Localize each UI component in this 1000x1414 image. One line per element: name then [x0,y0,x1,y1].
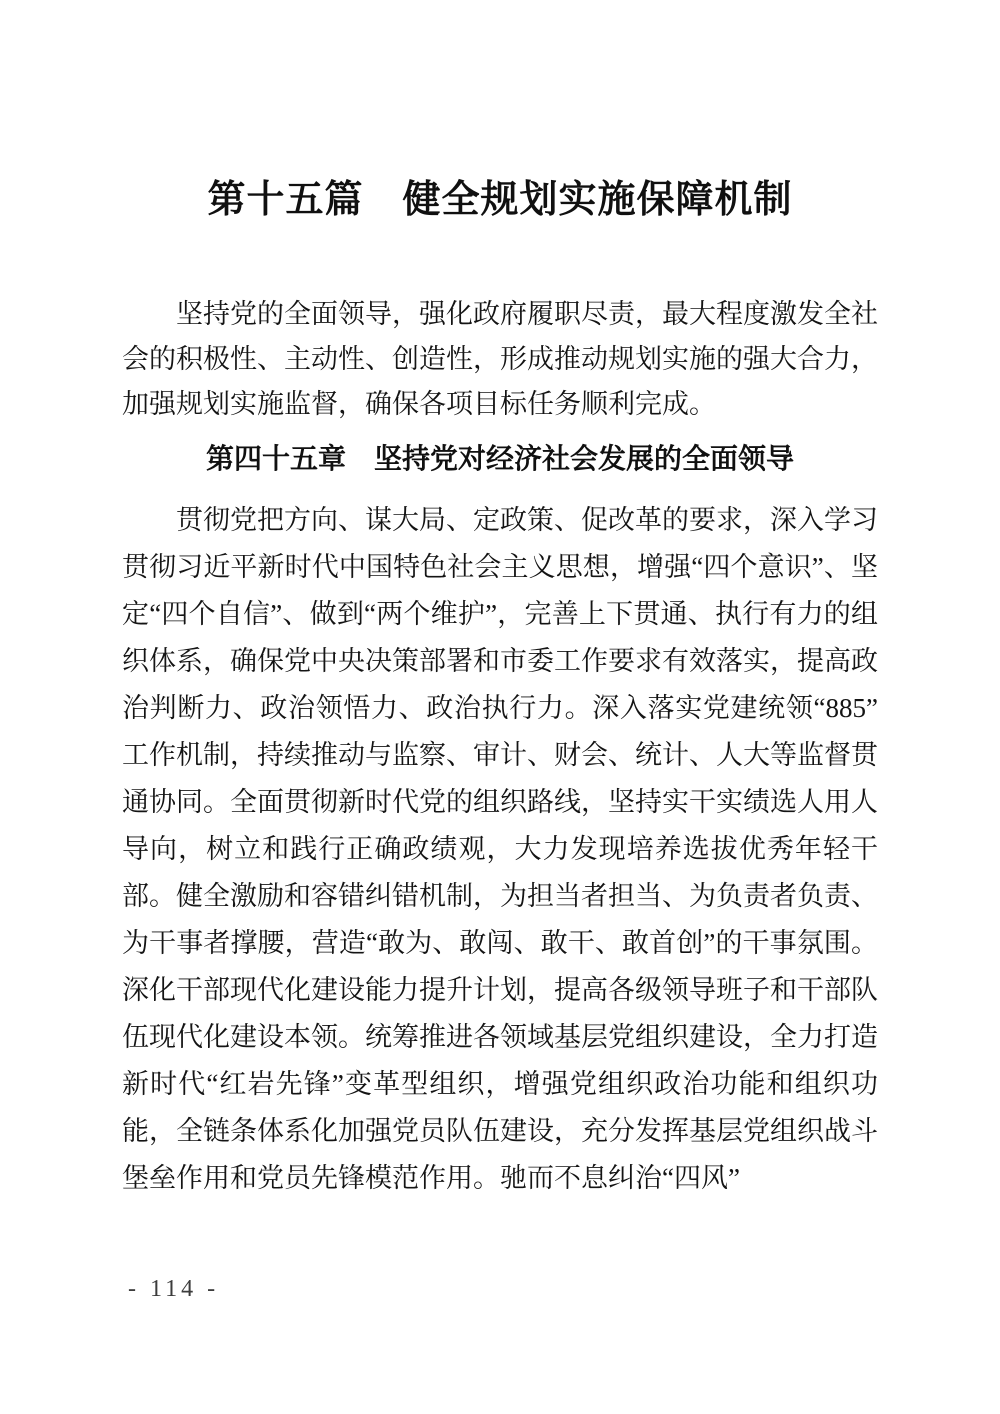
body-paragraph: 贯彻党把方向、谋大局、定政策、促改革的要求，深入学习贯彻习近平新时代中国特色社会… [122,497,878,1202]
part-title: 第十五篇 健全规划实施保障机制 [0,180,1000,220]
page-number: - 114 - [128,1276,219,1303]
intro-paragraph: 坚持党的全面领导，强化政府履职尽责，最大程度激发全社会的积极性、主动性、创造性，… [122,292,878,427]
document-page: 第十五篇 健全规划实施保障机制 坚持党的全面领导，强化政府履职尽责，最大程度激发… [0,0,1000,1414]
chapter-heading: 第四十五章 坚持党对经济社会发展的全面领导 [0,444,1000,474]
